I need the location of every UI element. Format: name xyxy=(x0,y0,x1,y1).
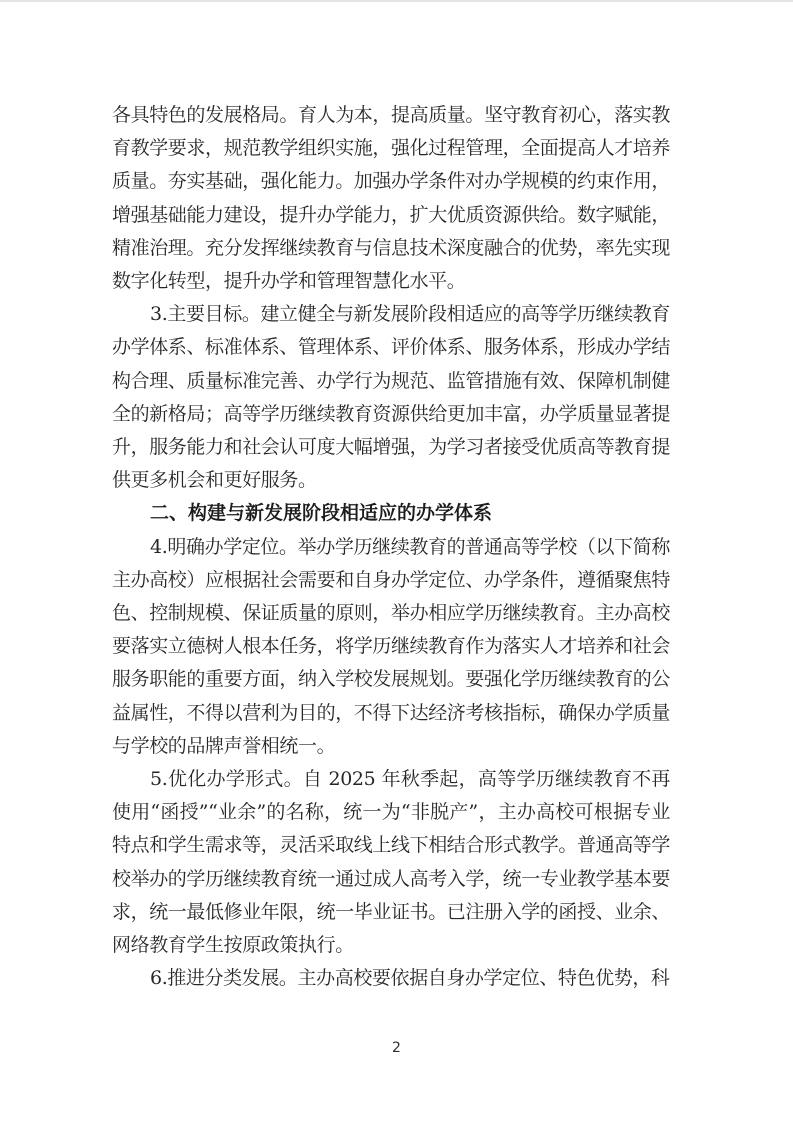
paragraph-item-6-classified-development: 6.推进分类发展。主办高校要依据自身办学定位、特色优势，科 xyxy=(112,962,670,995)
document-page: 各具特色的发展格局。育人为本，提高质量。坚守教育初心，落实教育教学要求，规范教学… xyxy=(0,0,793,1122)
paragraph-item-4-positioning: 4.明确办学定位。举办学历继续教育的普通高等学校（以下简称主办高校）应根据社会需… xyxy=(112,531,670,763)
paragraph-item-3-main-goals: 3.主要目标。建立健全与新发展阶段相适应的高等学历继续教育办学体系、标准体系、管… xyxy=(112,298,670,497)
page-number: 2 xyxy=(0,1038,793,1058)
section-heading-2: 二、构建与新发展阶段相适应的办学体系 xyxy=(112,497,670,530)
document-body: 各具特色的发展格局。育人为本，提高质量。坚守教育初心，落实教育教学要求，规范教学… xyxy=(112,99,670,995)
paragraph-item-5-school-forms: 5.优化办学形式。自 2025 年秋季起，高等学历继续教育不再使用“函授”“业余… xyxy=(112,763,670,962)
paragraph-continuation: 各具特色的发展格局。育人为本，提高质量。坚守教育初心，落实教育教学要求，规范教学… xyxy=(112,99,670,298)
